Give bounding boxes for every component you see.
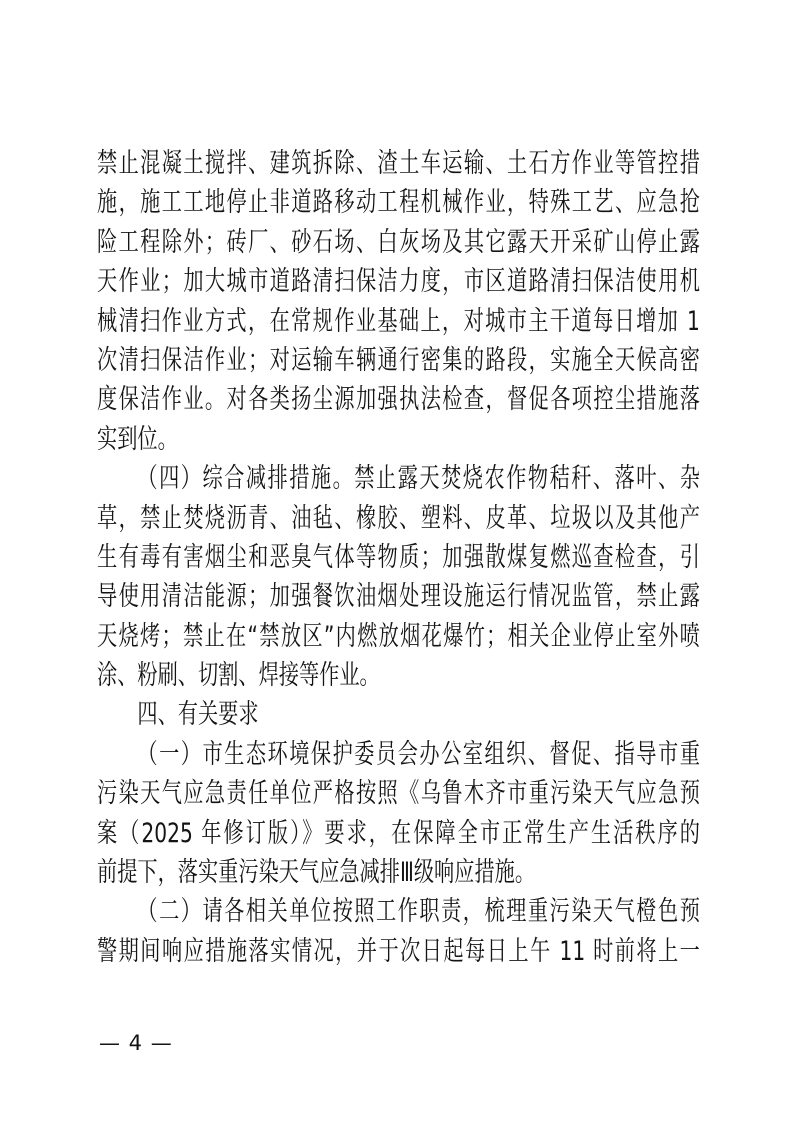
doc-line: 险工程除外；砖厂、砂石场、白灰场及其它露天开采矿山停止露 (97, 223, 700, 262)
section-heading: 四、有关要求 (97, 695, 700, 734)
doc-line: 实到位。 (97, 420, 700, 459)
doc-line: 导使用清洁能源；加强餐饮油烟处理设施运行情况监管，禁止露 (97, 577, 700, 616)
doc-line: 天作业；加大城市道路清扫保洁力度，市区道路清扫保洁使用机 (97, 262, 700, 301)
doc-line: 禁止混凝土搅拌、建筑拆除、渣土车运输、土石方作业等管控措 (97, 144, 700, 183)
doc-line: 草，禁止焚烧沥青、油毡、橡胶、塑料、皮革、垃圾以及其他产 (97, 499, 700, 538)
doc-line: 次清扫保洁作业；对运输车辆通行密集的路段，实施全天候高密 (97, 341, 700, 380)
doc-line: 污染天气应急责任单位严格按照《乌鲁木齐市重污染天气应急预 (97, 774, 700, 813)
doc-line: 天烧烤；禁止在“禁放区”内燃放烟花爆竹；相关企业停止室外喷 (97, 617, 700, 656)
doc-line: （四）综合减排措施。禁止露天焚烧农作物秸秆、落叶、杂 (97, 459, 700, 498)
doc-line: 械清扫作业方式，在常规作业基础上，对城市主干道每日增加 1 (97, 302, 700, 341)
doc-line: 案（2025 年修订版）》要求，在保障全市正常生产生活秩序的 (97, 814, 700, 853)
doc-line: （二）请各相关单位按照工作职责，梳理重污染天气橙色预 (97, 892, 700, 931)
doc-line: 施，施工工地停止非道路移动工程机械作业，特殊工艺、应急抢 (97, 183, 700, 222)
doc-line: 生有毒有害烟尘和恶臭气体等物质；加强散煤复燃巡查检查，引 (97, 538, 700, 577)
doc-line: 前提下，落实重污染天气应急减排Ⅲ级响应措施。 (97, 853, 700, 892)
page-footer: — 4 — (99, 1031, 173, 1055)
document-body: 禁止混凝土搅拌、建筑拆除、渣土车运输、土石方作业等管控措 施，施工工地停止非道路… (97, 144, 700, 971)
page-number: — 4 — (99, 1031, 173, 1055)
doc-line: 涂、粉刷、切割、焊接等作业。 (97, 656, 700, 695)
document-page: 禁止混凝土搅拌、建筑拆除、渣土车运输、土石方作业等管控措 施，施工工地停止非道路… (0, 0, 793, 1122)
doc-line: 警期间响应措施落实情况，并于次日起每日上午 11 时前将上一 (97, 932, 700, 971)
doc-line: （一）市生态环境保护委员会办公室组织、督促、指导市重 (97, 735, 700, 774)
doc-line: 度保洁作业。对各类扬尘源加强执法检查，督促各项控尘措施落 (97, 380, 700, 419)
